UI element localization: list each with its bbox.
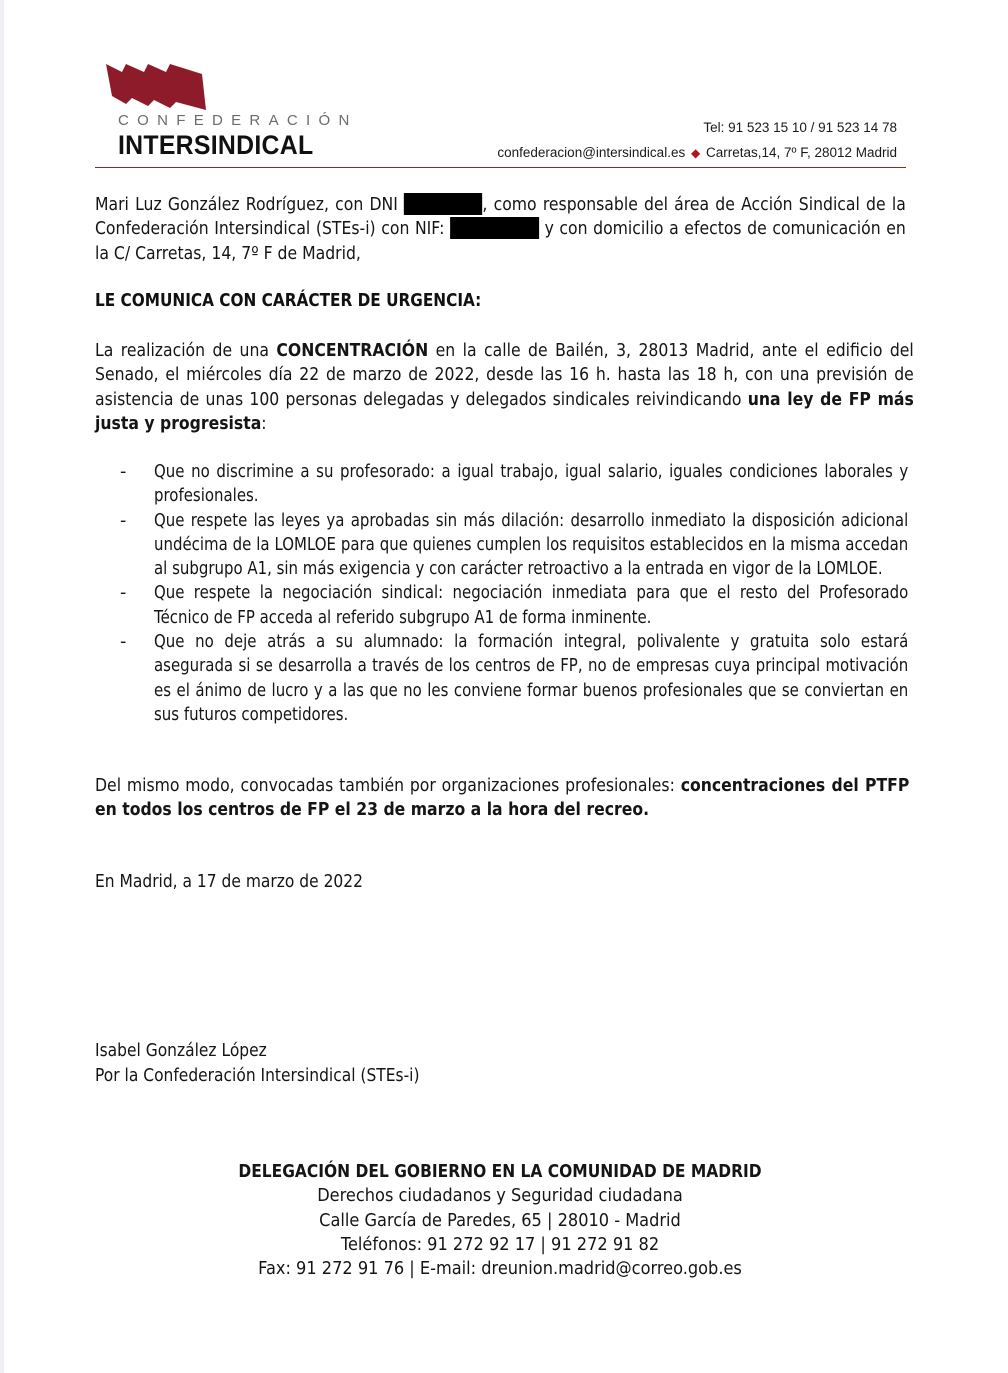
list-item: -Que no discrimine a su profesorado: a i…: [120, 460, 906, 509]
dash-bullet: -: [120, 581, 126, 605]
letter-page: CONFEDERACIÓN INTERSINDICAL Tel: 91 523 …: [0, 0, 1008, 1373]
header-phone: Tel: 91 523 15 10 / 91 523 14 78: [703, 120, 897, 135]
recipient-phones: Teléfonos: 91 272 92 17 | 91 272 91 82: [40, 1233, 960, 1257]
logo-main-text: INTERSINDICAL: [118, 130, 313, 161]
logo-top-text: CONFEDERACIÓN: [118, 112, 358, 129]
dash-bullet: -: [120, 630, 126, 654]
concentracion-label: CONCENTRACIÓN: [276, 341, 428, 361]
signatory-name: Isabel González López: [95, 1041, 267, 1061]
date-line: En Madrid, a 17 de marzo de 2022: [95, 872, 363, 892]
recipient-fax-email: Fax: 91 272 91 76 | E-mail: dreunion.mad…: [40, 1257, 960, 1281]
header-divider: [95, 167, 906, 168]
header-contact-line: confederacion@intersindical.es ◆ Carreta…: [497, 145, 897, 160]
announcement-text-3: :: [261, 414, 266, 434]
list-item: -Que no deje atrás a su alumnado: la for…: [120, 630, 906, 727]
recipient-address: Calle García de Paredes, 65 | 28010 - Ma…: [40, 1209, 960, 1233]
diamond-icon: ◆: [691, 146, 700, 160]
demand-text: Que respete las leyes ya aprobadas sin m…: [154, 509, 908, 582]
signatory-org: Por la Confederación Intersindical (STEs…: [95, 1066, 420, 1086]
additional-paragraph: Del mismo modo, convocadas también por o…: [95, 774, 909, 823]
header-address: Carretas,14, 7º F, 28012 Madrid: [706, 145, 897, 160]
announcement-paragraph: La realización de una CONCENTRACIÓN en l…: [95, 339, 914, 436]
redacted-dni: [404, 193, 482, 215]
intro-paragraph: Mari Luz González Rodríguez, con DNI , c…: [95, 193, 906, 266]
intersindical-logo: CONFEDERACIÓN INTERSINDICAL: [104, 60, 344, 164]
dash-bullet: -: [120, 460, 126, 484]
demands-list: -Que no discrimine a su profesorado: a i…: [120, 460, 906, 727]
recipient-dept: Derechos ciudadanos y Seguridad ciudadan…: [40, 1184, 960, 1208]
announcement-text-1: La realización de una: [95, 341, 276, 361]
intro-text-1: Mari Luz González Rodríguez, con DNI: [95, 195, 404, 215]
redacted-nif: [450, 217, 539, 239]
dash-bullet: -: [120, 509, 126, 533]
urgency-heading: LE COMUNICA CON CARÁCTER DE URGENCIA:: [95, 290, 481, 311]
list-item: -Que respete las leyes ya aprobadas sin …: [120, 509, 906, 582]
header-email[interactable]: confederacion@intersindical.es: [497, 145, 685, 160]
additional-text: Del mismo modo, convocadas también por o…: [95, 776, 681, 796]
demand-text: Que no discrimine a su profesorado: a ig…: [154, 460, 908, 509]
recipient-title: DELEGACIÓN DEL GOBIERNO EN LA COMUNIDAD …: [70, 1160, 930, 1184]
list-item: -Que respete la negociación sindical: ne…: [120, 581, 906, 630]
demand-text: Que no deje atrás a su alumnado: la form…: [154, 630, 908, 727]
recipient-block: DELEGACIÓN DEL GOBIERNO EN LA COMUNIDAD …: [0, 1160, 1000, 1281]
demand-text: Que respete la negociación sindical: neg…: [154, 581, 908, 630]
flag-waves-icon: [104, 60, 214, 112]
